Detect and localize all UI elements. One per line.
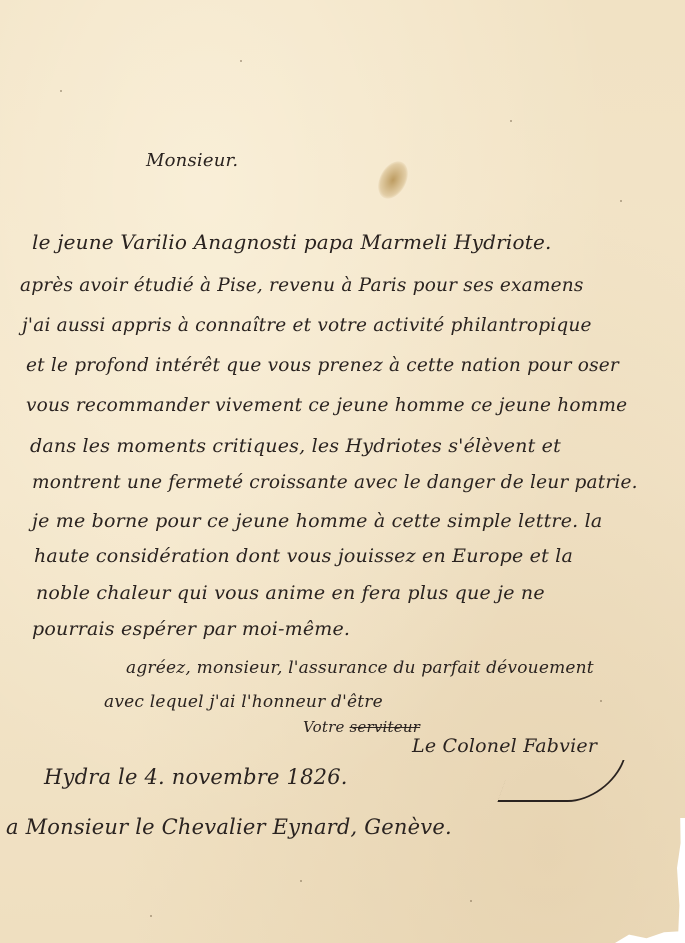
closing-prefix: Votre — [303, 718, 345, 736]
struck-word: serviteur — [350, 718, 421, 736]
body-line-8: je me borne pour ce jeune homme à cette … — [32, 510, 602, 532]
body-line-2: après avoir étudié à Pise, revenu à Pari… — [20, 275, 584, 296]
body-line-10: noble chaleur qui vous anime en fera plu… — [36, 582, 545, 604]
salutation: Monsieur. — [146, 150, 238, 171]
body-line-1: le jeune Varilio Anagnosti papa Marmeli … — [32, 230, 552, 254]
body-line-5: vous recommander vivement ce jeune homme… — [26, 395, 627, 416]
body-line-7: montrent une fermeté croissante avec le … — [32, 472, 638, 493]
body-line-9: haute considération dont vous jouissez e… — [34, 545, 573, 567]
body-line-6: dans les moments critiques, les Hydriote… — [30, 435, 561, 457]
closing-struck: Votre serviteur — [303, 718, 420, 736]
body-line-3: j'ai aussi appris à connaître et votre a… — [22, 315, 592, 336]
body-line-4: et le profond intérêt que vous prenez à … — [26, 355, 619, 376]
body-line-11: pourrais espérer par moi-même. — [32, 618, 350, 640]
closing-line-1: agréez, monsieur, l'assurance du parfait… — [126, 658, 594, 678]
dateline: Hydra le 4. novembre 1826. — [44, 765, 348, 789]
address-line: a Monsieur le Chevalier Eynard, Genève. — [6, 815, 452, 839]
closing-line-2: avec lequel j'ai l'honneur d'être — [104, 692, 383, 712]
signature: Le Colonel Fabvier — [412, 735, 597, 757]
